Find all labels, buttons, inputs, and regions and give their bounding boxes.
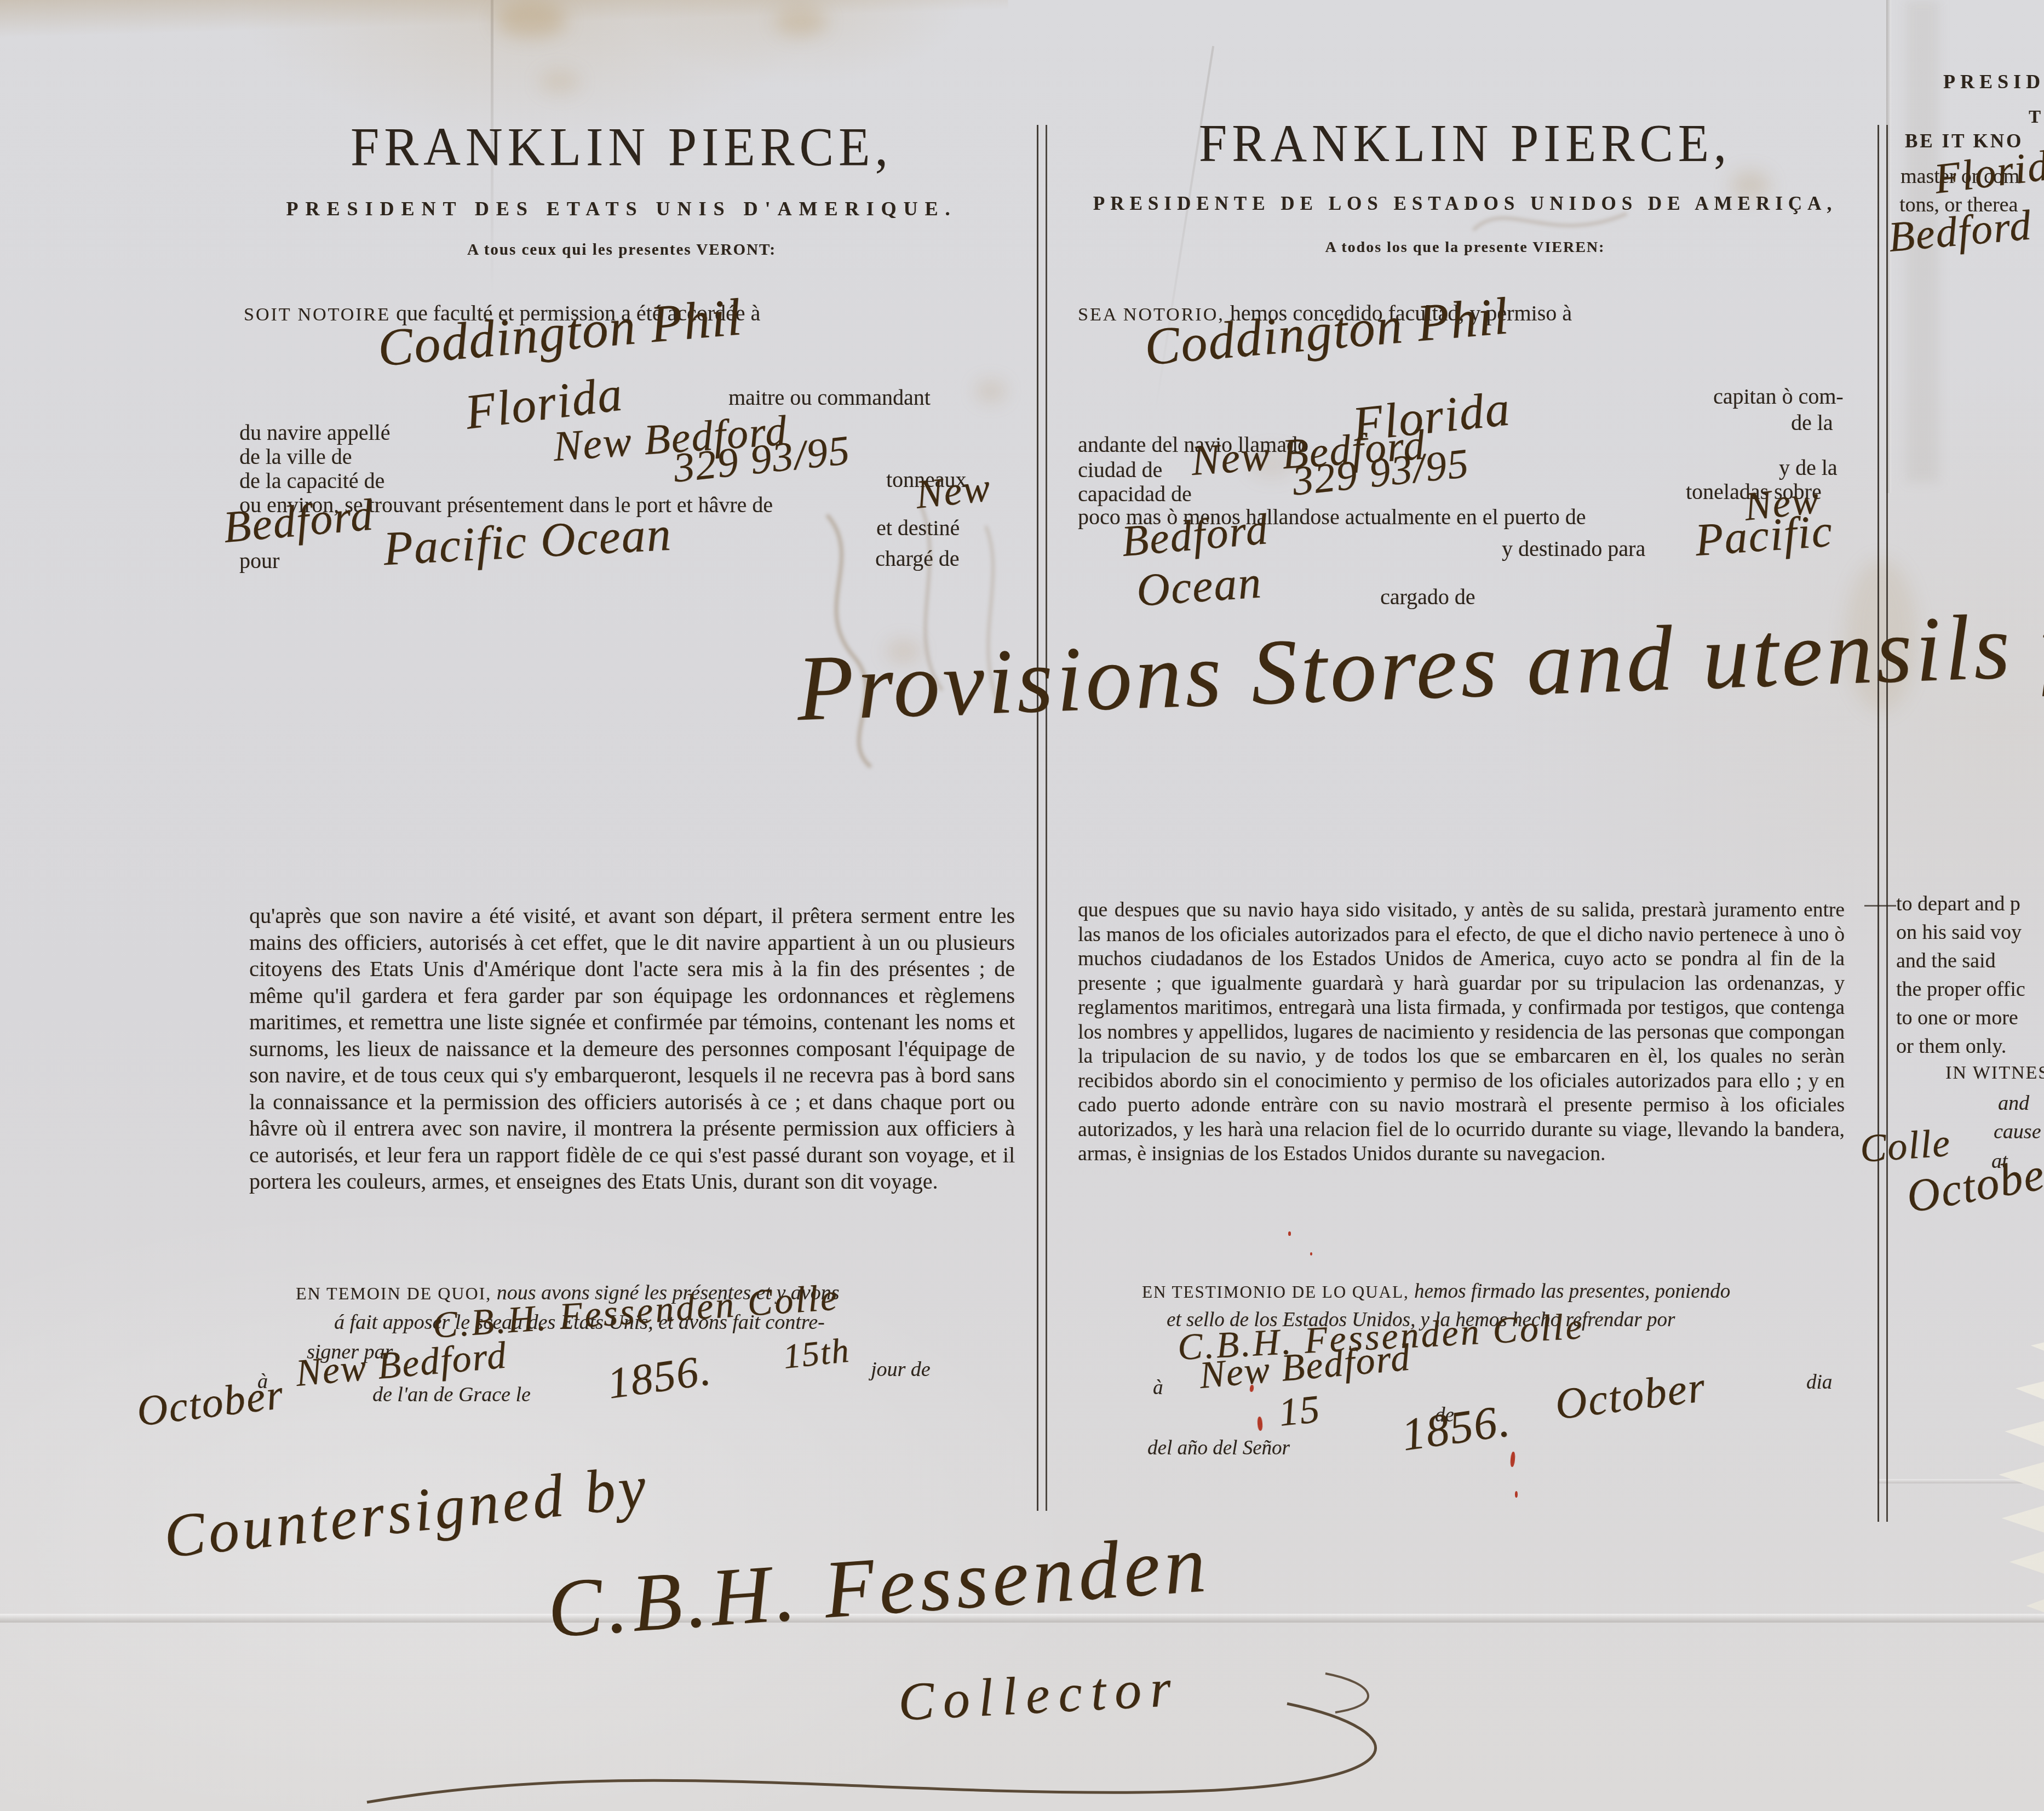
english-body-line: or them only. [1896,1034,2006,1058]
french-year-label: de l'an de Grace le [372,1383,531,1407]
spanish-and-of-label: y de la [1779,455,1838,480]
spanish-salutation: A todos los que la presente VIEREN: [1082,239,1848,256]
red-ink-speck [1510,1452,1515,1468]
spanish-year-label: del año del Señor [1147,1436,1290,1460]
spanish-capacity-label: capacidad de [1078,481,1192,507]
english-body-line: to one or more [1896,1006,2018,1030]
english-witness-fragment: and [1998,1091,2029,1115]
spanish-subtitle-text: PRESIDENTE DE LOS ESTADOS UNIDOS DE AMER… [1093,193,1837,214]
english-subtitle-fragment: PRESIDE [1943,70,2044,93]
french-ship-label: du navire appellé [239,420,390,445]
hw-captain-name-sp: Coddington Phil [1142,285,1511,377]
red-ink-speck [1257,1417,1263,1431]
spanish-of-the-label: de la [1791,410,1833,435]
stain [539,70,580,93]
french-body-paragraph: qu'après que son navire a été visité, et… [249,903,1015,1195]
red-ink-speck [1288,1231,1291,1236]
french-day-suffix: jour de [871,1357,931,1382]
french-salutation-text: A tous ceux qui les presentes VERONT: [467,241,776,259]
english-witness-lead-fragment: IN WITNES [1945,1063,2044,1084]
english-body-line: on his said voy [1896,920,2022,944]
french-title-text: FRANKLIN PIERCE, [351,117,893,177]
column-divider-left [1037,125,1047,1511]
ink-bleed-mark [805,493,1057,778]
signature-flourish [285,1643,1545,1811]
french-title: FRANKLIN PIERCE, [230,116,1013,178]
english-salutation-fragment: T [2029,107,2041,128]
french-witness-lead: EN TEMOIN DE QUOI, [296,1283,491,1303]
english-body-line: to depart and p [1896,892,2020,916]
hw-month-sp: October [1552,1362,1708,1430]
hw-destination-word2-sp: Ocean [1135,555,1264,617]
hw-countersigned-label: Countersigned by [160,1451,652,1572]
ship-passport-document: FRANKLIN PIERCE, PRESIDENT DES ETATS UNI… [0,0,2044,1811]
french-opening-lead: SOIT NOTOIRE [244,305,391,325]
english-body-line: the proper offic [1896,977,2025,1001]
red-ink-speck [1310,1252,1312,1256]
hw-day-sp: 15 [1277,1386,1323,1435]
stain [775,8,827,36]
french-subtitle-text: PRESIDENT DES ETATS UNIS D'AMERIQUE. [286,198,957,220]
hw-destination-word1-sp: Pacific [1693,505,1835,567]
french-for-label: pour [239,548,279,574]
spanish-day-label: dia [1806,1371,1832,1394]
hw-day-fr: 15th [781,1329,852,1377]
spanish-title-text: FRANKLIN PIERCE, [1199,113,1731,173]
hw-month-fr: October [134,1369,287,1436]
spanish-master-label1: capitan ò com- [1713,383,1844,409]
spanish-at-label: à [1153,1376,1163,1400]
hw-year-sp: 1856. [1398,1394,1514,1462]
spanish-witness-line1: EN TESTIMONIO DE LO QUAL, hemos firmado … [1142,1280,1730,1303]
ink-bleed-mark [1468,181,1632,257]
hw-collector-signature: C.B.H. Fessenden [544,1516,1213,1657]
spanish-witness-lead: EN TESTIMONIO DE LO QUAL, [1142,1282,1409,1302]
spanish-destined-label: y destinado para [1502,536,1645,561]
english-body-line: and the said [1896,949,1996,973]
spanish-body-paragraph: que despues que su navio haya sido visit… [1078,898,1845,1167]
spanish-city-label: ciudad de [1078,457,1162,483]
hw-colle-fragment-en: Colle [1858,1120,1952,1172]
english-witness-fragment: cause [1994,1120,2041,1144]
paper-wafer-seal-icon [1928,1285,2044,1654]
hw-year-fr: 1856. [605,1345,715,1409]
fill-in-rule-fragment [1864,905,1896,907]
red-ink-speck [1515,1491,1518,1498]
english-witness-lead-text: IN WITNES [1945,1063,2044,1083]
french-salutation: A tous ceux qui les presentes VERONT: [230,241,1013,259]
spanish-title: FRANKLIN PIERCE, [1082,112,1848,174]
column-divider-right [1878,125,1888,1522]
spanish-laden-label: cargado de [1380,584,1475,610]
spanish-witness-rest: hemos firmado las presentes, poniendo [1409,1280,1730,1303]
french-master-label: maitre ou commandant [728,385,931,410]
french-subtitle: PRESIDENT DES ETATS UNIS D'AMERIQUE. [230,197,1013,220]
french-city-label: de la ville de [239,444,352,469]
stain [976,381,1006,402]
spanish-subtitle: PRESIDENTE DE LOS ESTADOS UNIDOS DE AMER… [1071,193,1859,215]
stain [496,3,567,37]
